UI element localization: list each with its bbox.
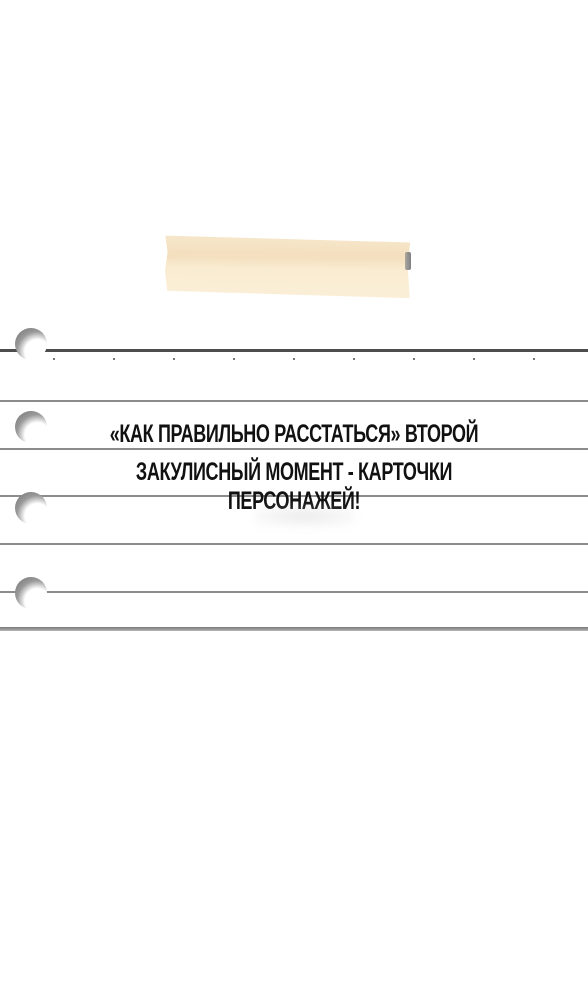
masking-tape [165, 234, 411, 299]
tape-shadow-edge [405, 252, 411, 270]
binder-hole-icon [15, 577, 47, 609]
perforation-dot [413, 358, 415, 360]
perforation-dot [533, 358, 535, 360]
perforation-dot [233, 358, 235, 360]
perforation-dot [53, 358, 55, 360]
blurred-smudge [255, 505, 355, 527]
heading-line-1: «КАК ПРАВИЛЬНО РАССТАТЬСЯ» ВТОРОЙ [82, 420, 505, 449]
binder-hole-icon [15, 492, 47, 524]
binder-hole-icon [15, 411, 47, 443]
ruled-line [0, 400, 588, 402]
binder-hole-icon [15, 328, 47, 360]
paper-bottom-edge [0, 627, 588, 631]
perforation-dot [473, 358, 475, 360]
perforation-dot [173, 358, 175, 360]
perforation-dot [113, 358, 115, 360]
paper-top-edge [0, 349, 588, 352]
perforation-dot [293, 358, 295, 360]
ruled-line [0, 591, 588, 593]
ruled-line [0, 543, 588, 545]
perforation-dot [353, 358, 355, 360]
